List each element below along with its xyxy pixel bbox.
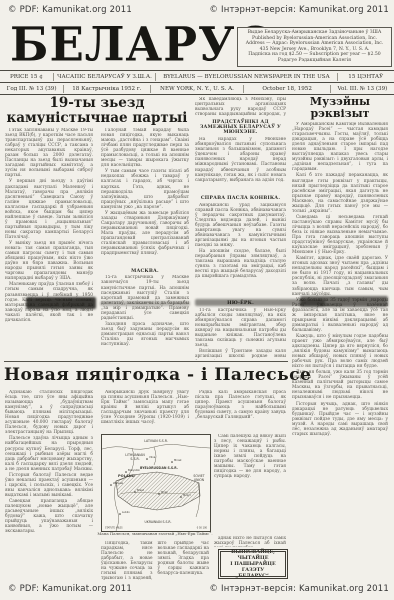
city-line: NEW YORK, N. Y., U. S. A. bbox=[150, 85, 244, 93]
map-label-poland: POLAND bbox=[118, 474, 135, 478]
price-label: PRICE 15 ¢ bbox=[0, 73, 53, 81]
cents-label: 15 ЦЭНТАЎ bbox=[337, 73, 394, 81]
headline-museum: Музэйны рэквізыт bbox=[292, 96, 388, 120]
piacihodka-col3-side: Самі палешукі ад вякоў жылі з лесу, сена… bbox=[214, 434, 286, 530]
column-4-museum: Музэйны рэквізыт У Амэрыканскім Камітэце… bbox=[292, 96, 388, 582]
congress-column-1: Гэтак заплянаваны ў Маскве 19-ты зьезд В… bbox=[5, 128, 93, 359]
date-belarusian: 18 Кастрычніка 1952 г. bbox=[63, 85, 149, 93]
map-city-minsk: Minsk bbox=[174, 458, 182, 462]
congress-column-2: Галоўнай тэмай нарадаў была новая пяціго… bbox=[101, 128, 189, 359]
col3-para1: На нарадах у Мюнхэне абмяркоўваліся пыта… bbox=[195, 137, 286, 193]
watermark-bottom-left: © PDF: Kamunikat.org 2011 bbox=[8, 584, 132, 594]
subhead-moscow: МАСКВА. bbox=[101, 269, 189, 274]
headline-congress: 19-ты зьезд камуністычнае партыі bbox=[5, 96, 189, 125]
column-3: Як паведамляюць з Мюнхэну, пры цэнтральн… bbox=[195, 97, 286, 359]
piacihodka-col2-top: Амэрыканскі друк зьвярнуў увагу на пляны… bbox=[101, 390, 189, 432]
ink-smudge bbox=[26, 297, 96, 309]
masthead-title: БЕЛАРУС bbox=[10, 22, 234, 68]
map-label-soviet-2: UNION bbox=[194, 478, 205, 482]
map-label-lithuania-2: S.S.R. bbox=[130, 457, 139, 461]
subhead-konvik: СПРАВА ПАСЛА КОНВІКА. bbox=[195, 196, 286, 201]
publisher-line: Address — Адрас: Byelorussian American A… bbox=[240, 41, 389, 47]
ink-smudge bbox=[300, 296, 388, 307]
map-label-ukraine: UKRAINIAN S.S.R. bbox=[145, 520, 172, 524]
map-city-vilna: Vilna bbox=[149, 455, 156, 459]
publisher-line: Выдае Беларуска-Амэрыканскае Задзіночань… bbox=[240, 30, 389, 36]
date-english: October 18, 1952 bbox=[243, 85, 329, 93]
subtitle-belarusian: ЧАСАПІС БЕЛАРУСАЎ У З.Ш.А. bbox=[53, 73, 156, 81]
polesie-map-image: LATVIAN S.S.R. LITHUANIAN S.S.R. POLAND … bbox=[102, 435, 210, 531]
map-caption: Мапа Палесься, зьмешчаная газэтай „Нью-Ё… bbox=[93, 532, 217, 537]
col3-para2: Амэрыканскі ўрад зацікавіўся справай пас… bbox=[195, 203, 286, 299]
congress-col2-text: Галоўнай тэмай нарадаў была новая пяціго… bbox=[101, 128, 189, 266]
watermark-top-left: © PDF: Kamunikat.org 2011 bbox=[8, 5, 132, 15]
map-city-pinsk: Pinsk bbox=[161, 490, 168, 494]
map-city-brest: Brest bbox=[137, 488, 144, 492]
publisher-line: Рэдагуе Рэдакцыйная Калегія bbox=[240, 58, 389, 64]
map-label-latvia: LATVIAN S.S.R. bbox=[144, 439, 168, 443]
subhead-munich: ПРАДСТАЎНІКІ АД ЗАМЕЖНЫХ БЕЛАРУСАЎ У МЮН… bbox=[195, 120, 286, 136]
info-band-2: Год ІІІ. № 13 (39) 18 Кастрычніка 1952 г… bbox=[0, 82, 394, 95]
ink-smudge bbox=[100, 301, 190, 306]
watermark-bottom-right: © Інтэрнэт-версія: Kamunikat.org 2011 bbox=[209, 584, 389, 594]
piacihodka-col3-line: аднак ніхто не пытаўся саміх жыхароў Пал… bbox=[214, 536, 286, 547]
map-city-lublin: Lublin bbox=[122, 510, 130, 514]
map-city-mozyr: Mozyr bbox=[183, 493, 192, 497]
col3-para3: 11-га кастрычніка ў Нью-Ёрку адбыліся сх… bbox=[195, 308, 286, 360]
map-label-byelorussia: BYELORUSSIAN S.S.R. bbox=[140, 466, 178, 470]
subtitle-english: BYELARUS — BYELORUSSIAN NEWSPAPER IN THE… bbox=[155, 73, 336, 81]
subscribe-notice-box: ВЫПІСВАЙЦЕ, ЧЫТАЙЦЕ І ПАШЫРАЙЦЕ ГАЗЭТУ „… bbox=[218, 549, 288, 579]
newspaper-page: © PDF: Kamunikat.org 2011 © Інтэрнэт-вер… bbox=[0, 0, 394, 600]
notice-line: ВЫПІСВАЙЦЕ, ЧЫТАЙЦЕ bbox=[219, 549, 287, 561]
volume-english: Vol. ІІІ. № 13 (39) bbox=[330, 85, 394, 93]
map-city-warsaw: Warsaw bbox=[113, 481, 124, 485]
watermark-top-right: © Інтэрнэт-версія: Kamunikat.org 2011 bbox=[209, 5, 389, 15]
piacihodka-col3-top: Рэдка калі амэрыканская прэса пісала пра… bbox=[195, 390, 286, 432]
col3-intro: Як паведамляюць з Мюнхэну, пры цэнтральн… bbox=[195, 97, 286, 117]
piacihodka-col1: Адзнакаю сталінскіх пяцігодак ёсьць тое,… bbox=[5, 390, 93, 582]
piacihodka-col2-bottom: Пяцігодка, такім парадкам, нясе Палесьсю… bbox=[101, 541, 209, 582]
map-scale-values: 0 50 100 bbox=[197, 527, 208, 530]
polesie-map: LATVIAN S.S.R. LITHUANIAN S.S.R. POLAND … bbox=[101, 434, 211, 532]
congress-col2b-text: 15-га кастрычніка ў Маскве закончыўся 19… bbox=[101, 275, 189, 349]
map-city-bialystok: Białystok bbox=[128, 468, 140, 472]
notice-line: І ПАШЫРАЙЦЕ ГАЗЭТУ bbox=[219, 561, 287, 573]
map-scale-label: STATUTE MILES bbox=[105, 527, 123, 530]
publisher-box: Выдае Беларуска-Амэрыканскае Задзіночань… bbox=[237, 27, 392, 67]
museum-text: У Амэрыканскім Камітэце Вызваленьня „Нар… bbox=[292, 122, 388, 592]
headline-piacihodka: Новая пяцігодка - і Палесьсе bbox=[4, 366, 288, 384]
notice-line: „БЕЛАРУС“. bbox=[219, 573, 287, 579]
volume-belarusian: Год ІІІ. № 13 (39) bbox=[0, 85, 63, 93]
section-divider bbox=[4, 361, 288, 362]
